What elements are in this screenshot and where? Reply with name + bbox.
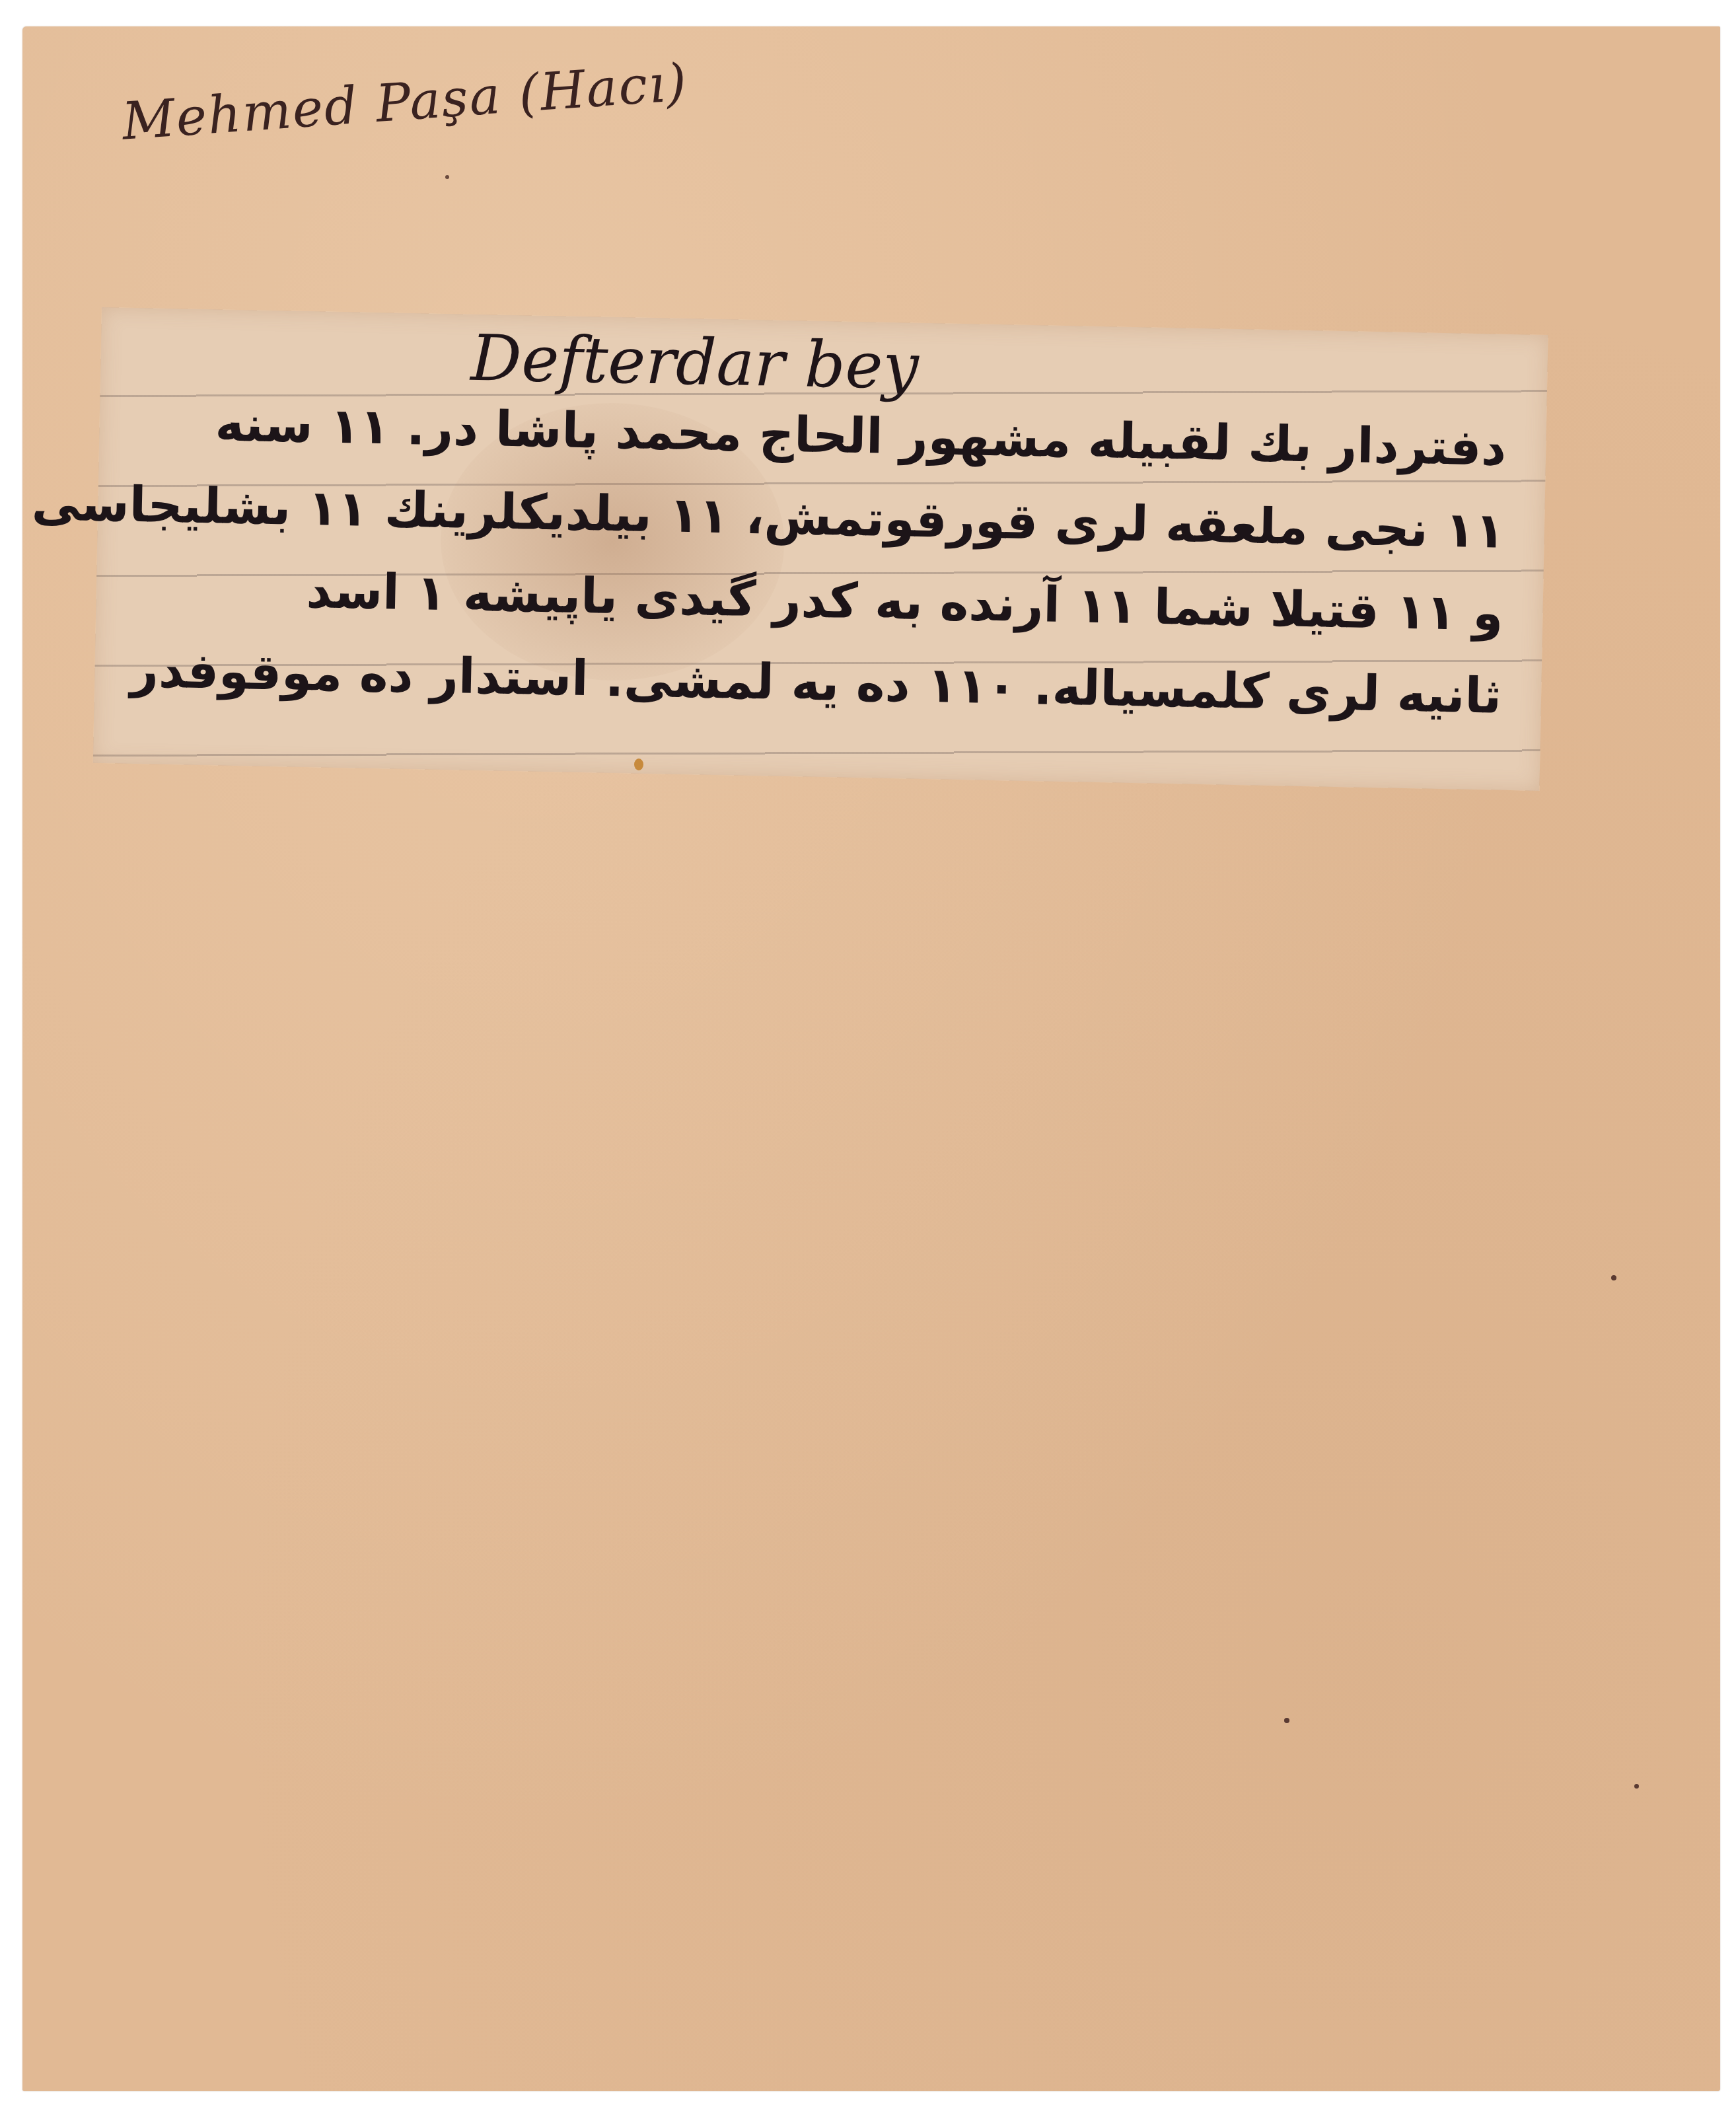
foxing-spot (1634, 1784, 1639, 1789)
ottoman-text-line-4: ثانیه لری کلمسیاله. ۱۱۰ ده یه لمشی. استد… (130, 642, 1502, 725)
pasted-slip: Defterdar bey دفتردار بك لقبيله مشهور ال… (93, 307, 1548, 791)
paper-sheet: Mehmed Paşa (Hacı) Defterdar bey دفتردار… (22, 26, 1720, 2091)
handwritten-annotation: Mehmed Paşa (Hacı) (120, 53, 690, 152)
ottoman-text-line-1: دفتردار بك لقبيله مشهور الحاج محمد پاشا … (215, 395, 1507, 477)
foxing-spot (634, 758, 643, 770)
foxing-spot (445, 175, 449, 179)
foxing-spot (1284, 1718, 1289, 1723)
foxing-spot (1611, 1275, 1616, 1280)
slip-heading: Defterdar bey (470, 321, 920, 404)
